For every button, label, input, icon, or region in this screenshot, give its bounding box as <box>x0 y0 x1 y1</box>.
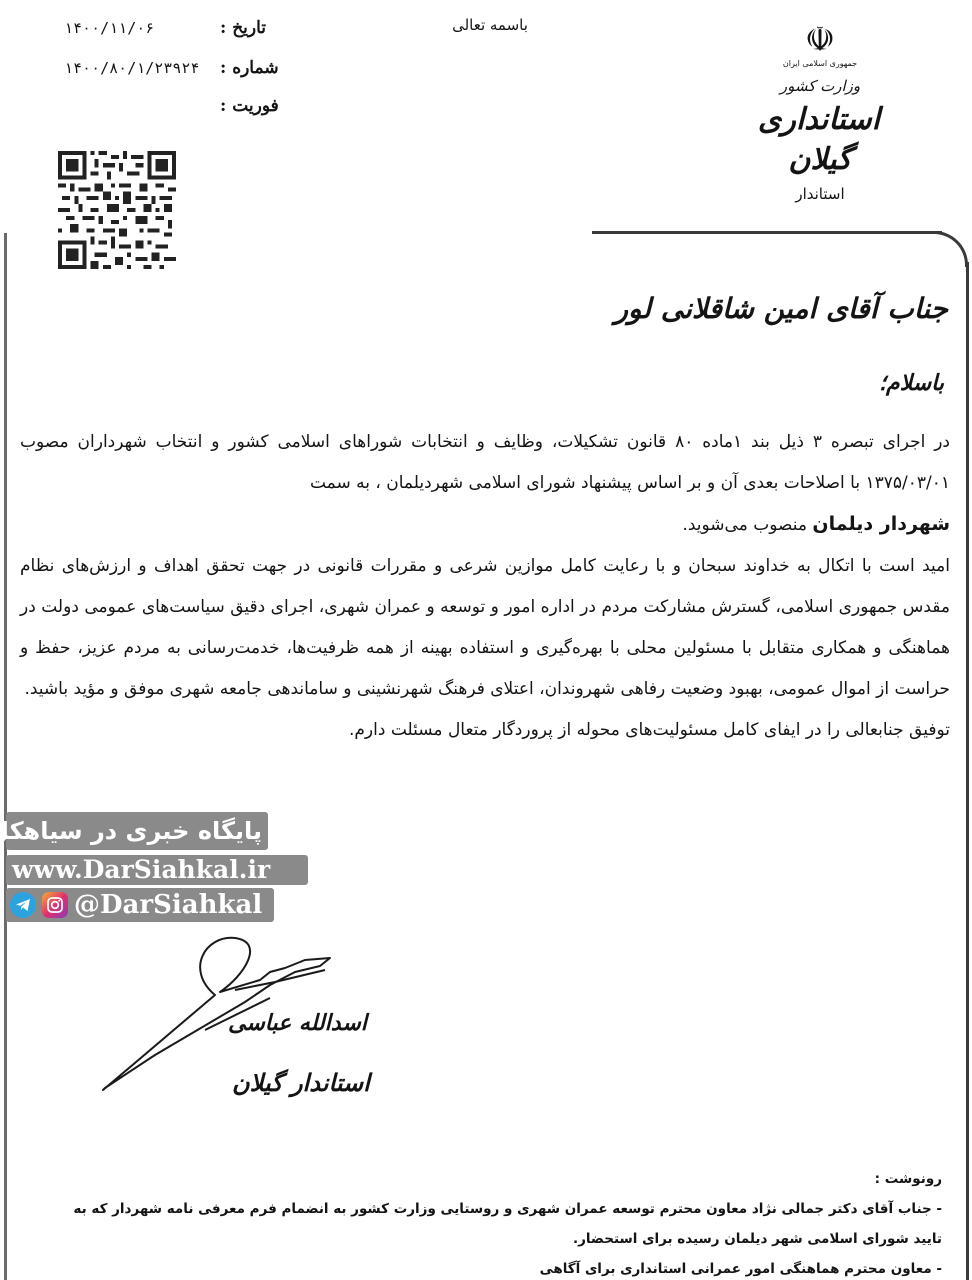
date-value: ۱۴۰۰/۱۱/۰۶ <box>64 19 204 37</box>
telegram-icon <box>10 892 36 918</box>
page-border-corner <box>930 231 968 267</box>
cc-item: - معاون محترم هماهنگی امور عمرانی استاند… <box>42 1254 942 1280</box>
qr-code <box>58 150 176 270</box>
paragraph-appointment: در اجرای تبصره ۳ ذیل بند ۱ماده ۸۰ قانون … <box>20 422 950 546</box>
watermark-website: www.DarSiahkal.ir <box>6 855 308 885</box>
letterhead-emblem: ☫ جمهوری اسلامی ایران وزارت کشور استاندا… <box>760 22 880 204</box>
page-border-top <box>592 231 942 234</box>
carbon-copy: رونوشت : - جناب آقای دکتر جمالی نژاد معا… <box>42 1164 942 1280</box>
letter-body: در اجرای تبصره ۳ ذیل بند ۱ماده ۸۰ قانون … <box>20 422 950 751</box>
cc-label: رونوشت : <box>42 1164 942 1194</box>
date-row: ۱۴۰۰/۱۱/۰۶ تاریخ : <box>64 14 284 42</box>
paragraph-appointment-text: در اجرای تبصره ۳ ذیل بند ۱ماده ۸۰ قانون … <box>20 432 950 493</box>
watermark-handle: @DarSiahkal <box>74 890 262 920</box>
signatory-name: اسدالله عباسی <box>228 1010 367 1036</box>
watermark-social: @DarSiahkal <box>6 888 274 922</box>
ministry-name: وزارت کشور <box>760 76 880 96</box>
qr-code-icon <box>58 150 176 270</box>
paragraph-wishes: امید است با اتکال به خداوند سبحان و با ر… <box>20 546 950 710</box>
page-border-right <box>966 262 969 1280</box>
appointment-suffix: منصوب می‌شوید. <box>682 515 807 535</box>
iran-emblem-icon: ☫ <box>760 22 880 58</box>
urgency-label: فوریت : <box>220 96 279 116</box>
cc-item: - جناب آقای دکتر جمالی نژاد معاون محترم … <box>42 1194 942 1254</box>
country-name: جمهوری اسلامی ایران <box>760 58 880 70</box>
organization-name: استانداری گیلان <box>760 100 880 180</box>
urgency-row: فوریت : <box>64 92 284 120</box>
number-row: ۱۴۰۰/۸۰/۱/۲۳۹۲۴ شماره : <box>64 54 284 82</box>
watermark-title: پایگاه خبری در سیاهکل <box>6 812 268 850</box>
recipient: جناب آقای امین شاقلانی لور <box>614 292 948 325</box>
number-label: شماره : <box>220 58 279 78</box>
appointment-position: شهردار دیلمان <box>812 513 950 535</box>
instagram-icon <box>42 892 68 918</box>
basmala: باسمه تعالی <box>430 16 550 34</box>
date-label: تاریخ : <box>220 18 266 38</box>
sender-role: استاندار <box>760 184 880 204</box>
paragraph-closing: توفیق جنابعالی را در ایفای کامل مسئولیت‌… <box>20 710 950 751</box>
page-border-left <box>4 233 7 1280</box>
letter-meta: ۱۴۰۰/۱۱/۰۶ تاریخ : ۱۴۰۰/۸۰/۱/۲۳۹۲۴ شماره… <box>64 14 284 120</box>
number-value: ۱۴۰۰/۸۰/۱/۲۳۹۲۴ <box>64 59 204 77</box>
greeting: باسلام؛ <box>879 370 944 396</box>
signatory-title: استاندار گیلان <box>232 1068 370 1097</box>
